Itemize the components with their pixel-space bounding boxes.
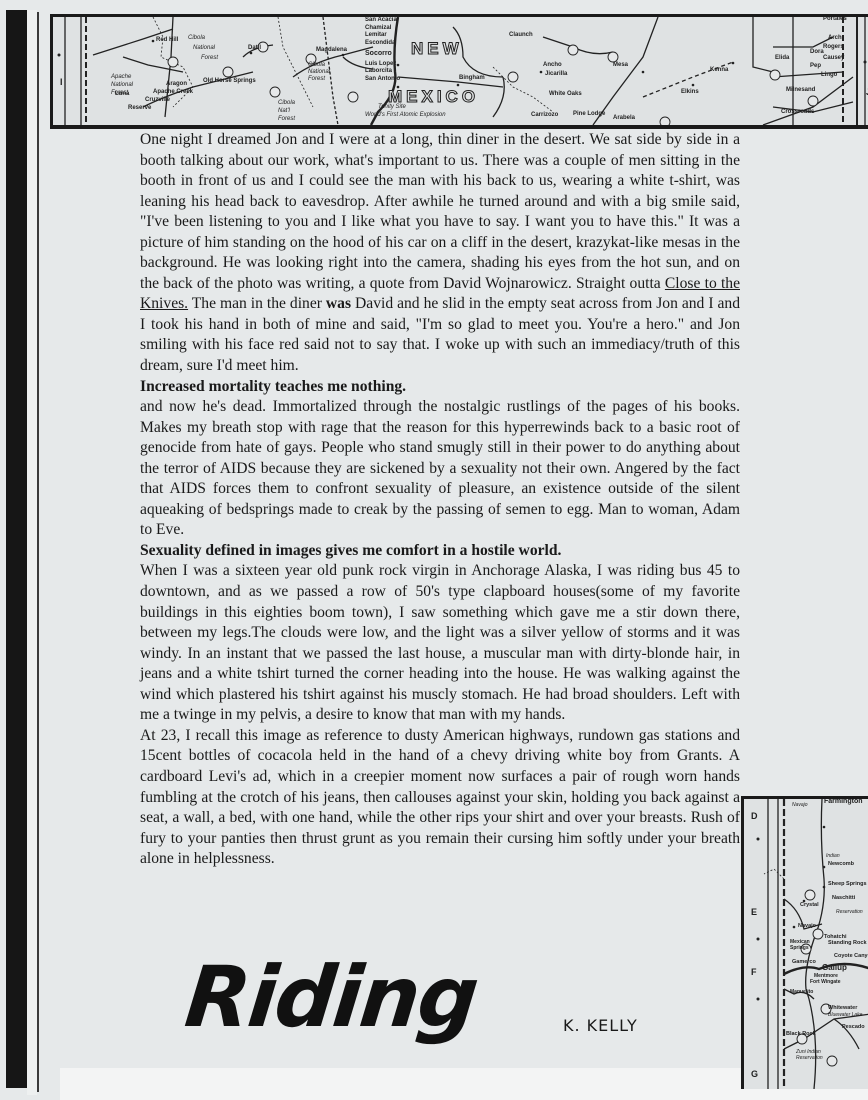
map-place-claunch: Claunch xyxy=(509,32,533,38)
paragraph-anchorage: When I was a sixteen year old punk rock … xyxy=(140,561,740,725)
side-map-mexican-springs: Mexican Springs xyxy=(790,939,812,951)
top-road-map-clipping: Red Hill Cibola National Forest Apache N… xyxy=(50,14,868,129)
side-map-grid-g: G xyxy=(751,1069,758,1079)
binding-line xyxy=(37,12,39,1092)
map-place-milnesand: Milnesand xyxy=(786,87,815,93)
map-place-luna: Luna xyxy=(115,91,129,97)
map-place-aragon: Aragon xyxy=(166,81,187,87)
side-map-sheep-springs: Sheep Springs xyxy=(828,881,867,887)
map-place-cruzville: Cruzville xyxy=(145,97,170,103)
map-place-forest: Forest xyxy=(201,55,218,61)
map-place-elida: Elida xyxy=(775,55,789,61)
side-map-grid-e: E xyxy=(751,907,757,917)
map-place-national: National xyxy=(193,45,215,51)
map-place-old-horse-springs: Old Horse Springs xyxy=(203,78,256,84)
heading-mortality: Increased mortality teaches me nothing. xyxy=(140,377,740,398)
map-place-san-antonio: San Antonio xyxy=(365,76,400,82)
side-map-fort-wingate: Fort Wingate xyxy=(810,979,841,985)
map-place-red-hill: Red Hill xyxy=(156,37,178,43)
side-map-navajo-label: Navajo xyxy=(792,802,808,808)
map-place-san-acacia: San Acacia xyxy=(365,17,397,23)
side-road-map-clipping: Farmington Navajo Indian Newcomb Sheep S… xyxy=(741,796,868,1089)
map-place-chamizal: Chamizal xyxy=(365,25,391,31)
map-place-datil: Datil xyxy=(248,45,261,51)
side-map-black-rock: Black Rock xyxy=(786,1031,816,1037)
map-place-pep: Pep xyxy=(810,63,821,69)
heading-sexuality-images: Sexuality defined in images gives me com… xyxy=(140,541,740,562)
side-map-zuni-reservation: Zuni Indian Reservation xyxy=(796,1049,832,1061)
map-place-arch: Arch xyxy=(828,35,842,41)
side-map-coyote-canyon: Coyote Canyon xyxy=(834,953,868,959)
paragraph-rage: and now he's dead. Immortalized through … xyxy=(140,397,740,541)
article-body: One night I dreamed Jon and I were at a … xyxy=(140,130,740,870)
handwritten-author: K. KELLY xyxy=(563,1016,638,1035)
side-map-manuelito: Manuelito xyxy=(790,989,813,995)
map-place-mesa: Mesa xyxy=(613,62,628,68)
map-place-arabela: Arabela xyxy=(613,115,635,121)
map-place-jicarilla: Jicarilla xyxy=(545,71,567,77)
map-place-socorro: Socorro xyxy=(365,50,392,57)
side-map-reservation: Reservation xyxy=(836,909,863,915)
side-map-whitewater: Whitewater xyxy=(828,1005,857,1011)
map-place-luis-lopez: Luis Lopez xyxy=(365,61,396,67)
map-place-apache-creek: Apache Creek xyxy=(153,89,193,95)
binding-strip xyxy=(6,10,27,1088)
map-place-cibola-natl-forest: Cibola Nat'l Forest xyxy=(278,99,302,123)
side-map-bluewater-lake: Bluewater Lake xyxy=(828,1012,862,1018)
side-map-grid-d: D xyxy=(751,811,758,821)
map-place-causey: Causey xyxy=(823,55,844,61)
side-map-newcomb: Newcomb xyxy=(828,861,854,867)
side-map-farmington: Farmington xyxy=(824,798,863,805)
side-map-naschitti: Naschitti xyxy=(832,895,855,901)
map-place-cibola-nf: Cibola National Forest xyxy=(308,62,340,83)
side-map-crystal: Crystal xyxy=(800,902,819,908)
side-map-navajo-town: Navajo xyxy=(798,923,816,929)
side-map-gallup: Gallup xyxy=(822,963,847,972)
map-place-magdalena: Magdalena xyxy=(316,47,347,53)
side-map-pescado: Pescado xyxy=(842,1024,865,1030)
map-place-bingham: Bingham xyxy=(459,75,485,81)
map-place-lemitar: Lemitar xyxy=(365,32,387,38)
map-place-escondida: Escondida xyxy=(365,40,395,46)
map-roads xyxy=(53,17,868,125)
map-place-reserve: Reserve xyxy=(128,105,151,111)
map-place-dora: Dora xyxy=(810,49,824,55)
map-state-name-new: NEW xyxy=(411,39,463,59)
map-place-pine-lodge: Pine Lodge xyxy=(573,111,605,117)
map-place-white-oaks: White Oaks xyxy=(549,91,582,97)
map-state-name-mexico: MEXICO xyxy=(388,87,479,107)
side-map-gamerco: Gamerco xyxy=(792,959,816,965)
side-map-indian: Indian xyxy=(826,853,840,859)
map-place-lingo: Lingo xyxy=(821,72,837,78)
paragraph-at-23: At 23, I recall this image as reference … xyxy=(140,726,740,870)
map-place-portales: Portales xyxy=(823,16,847,22)
map-place-elkins: Elkins xyxy=(681,89,699,95)
map-place-crossroads: Crossroads xyxy=(781,109,814,115)
map-place-kenna: Kenna xyxy=(710,67,728,73)
map-place-rogers: Rogers xyxy=(823,44,844,50)
map-place-cibola: Cibola xyxy=(188,35,205,41)
map-grid-letter-i: I xyxy=(60,77,63,87)
side-map-standing-rock: Standing Rock xyxy=(828,940,867,946)
map-place-ancho: Ancho xyxy=(543,62,562,68)
side-map-grid-f: F xyxy=(751,967,757,977)
map-place-laborcita: Laborcita xyxy=(365,68,392,74)
paragraph-dream: One night I dreamed Jon and I were at a … xyxy=(140,130,740,377)
map-place-carrizozo: Carrizozo xyxy=(531,112,558,118)
map-place-atomic-explosion: World's First Atomic Explosion xyxy=(365,112,446,118)
handwritten-title: Riding xyxy=(181,948,482,1046)
binding-gap xyxy=(27,10,37,1095)
